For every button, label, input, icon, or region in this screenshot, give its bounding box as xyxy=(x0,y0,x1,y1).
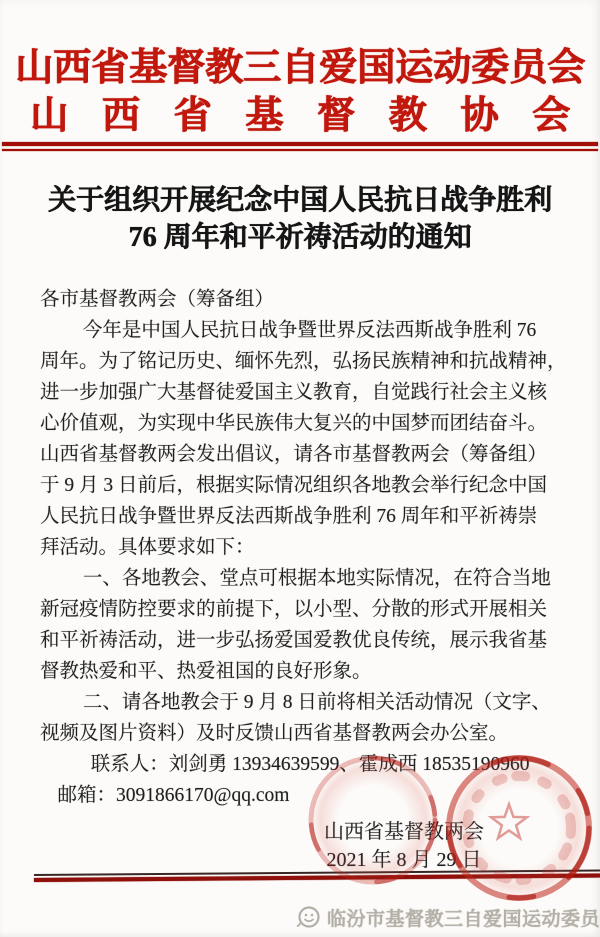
watermark: 临汾市基督教三自爱国运动委员会 xyxy=(296,903,600,931)
letterhead-org-line1: 山西省基督教三自爱国运动委员会 xyxy=(0,44,600,92)
body-line: 今年是中国人民抗日战争暨世界反法西斯战争胜利 76 xyxy=(40,315,600,346)
letterhead-divider xyxy=(2,142,598,153)
letterhead-org-line2: 山西省基督教协会 xyxy=(30,93,570,139)
body-line: 拜活动。具体要求如下： xyxy=(40,532,600,563)
document-page: 山西省基督教三自爱国运动委员会 山西省基督教协会 关于组织开展纪念中国人民抗日战… xyxy=(0,0,600,937)
contact-line: 联系人：刘剑勇 13934639599、霍成西 18535190960 xyxy=(40,749,600,780)
notice-title-line2: 76 周年和平祈祷活动的通知 xyxy=(20,219,580,256)
body-line: 新冠疫情防控要求的前提下，以小型、分散的形式开展相关 xyxy=(40,594,600,625)
body-line: 于 9 月 3 日前后，根据实际情况组织各地教会举行纪念中国 xyxy=(40,470,600,501)
signature-org: 山西省基督教两会 xyxy=(288,818,520,846)
body-line: 二、请各地教会于 9 月 8 日前将相关活动情况（文字、 xyxy=(40,687,600,718)
signature-block: 山西省基督教两会 2021 年 8 月 29 日 xyxy=(288,818,520,874)
notice-title: 关于组织开展纪念中国人民抗日战争胜利 76 周年和平祈祷活动的通知 xyxy=(20,182,580,256)
body-line: 和平祈祷活动，进一步弘扬爱国爱教优良传统，展示我省基 xyxy=(40,625,600,656)
body-line: 视频及图片资料）及时反馈山西省基督教两会办公室。 xyxy=(40,718,600,749)
email-line: 邮箱：3091866170@qq.com xyxy=(40,780,600,811)
salutation: 各市基督教两会（筹备组） xyxy=(40,284,600,315)
body-line: 心价值观，为实现中华民族伟大复兴的中国梦而团结奋斗。 xyxy=(40,408,600,439)
body-line: 一、各地教会、堂点可根据本地实际情况，在符合当地 xyxy=(40,563,600,594)
signature-date: 2021 年 8 月 29 日 xyxy=(288,846,520,874)
notice-body: 各市基督教两会（筹备组） 今年是中国人民抗日战争暨世界反法西斯战争胜利 76 周… xyxy=(40,284,600,811)
body-line: 周年。为了铭记历史、缅怀先烈，弘扬民族精神和抗战精神， xyxy=(40,346,600,377)
body-line: 督教热爱和平、热爱祖国的良好形象。 xyxy=(40,656,600,687)
body-line: 山西省基督教两会发出倡议，请各市基督教两会（筹备组） xyxy=(40,439,600,470)
body-line: 进一步加强广大基督徒爱国主义教育，自觉践行社会主义核 xyxy=(40,377,600,408)
watermark-text: 临汾市基督教三自爱国运动委员会 xyxy=(327,904,600,931)
notice-title-line1: 关于组织开展纪念中国人民抗日战争胜利 xyxy=(20,182,580,219)
body-line: 人民抗日战争暨世界反法西斯战争胜利 76 周年和平祈祷崇 xyxy=(40,501,600,532)
watermark-logo-icon xyxy=(296,904,322,930)
